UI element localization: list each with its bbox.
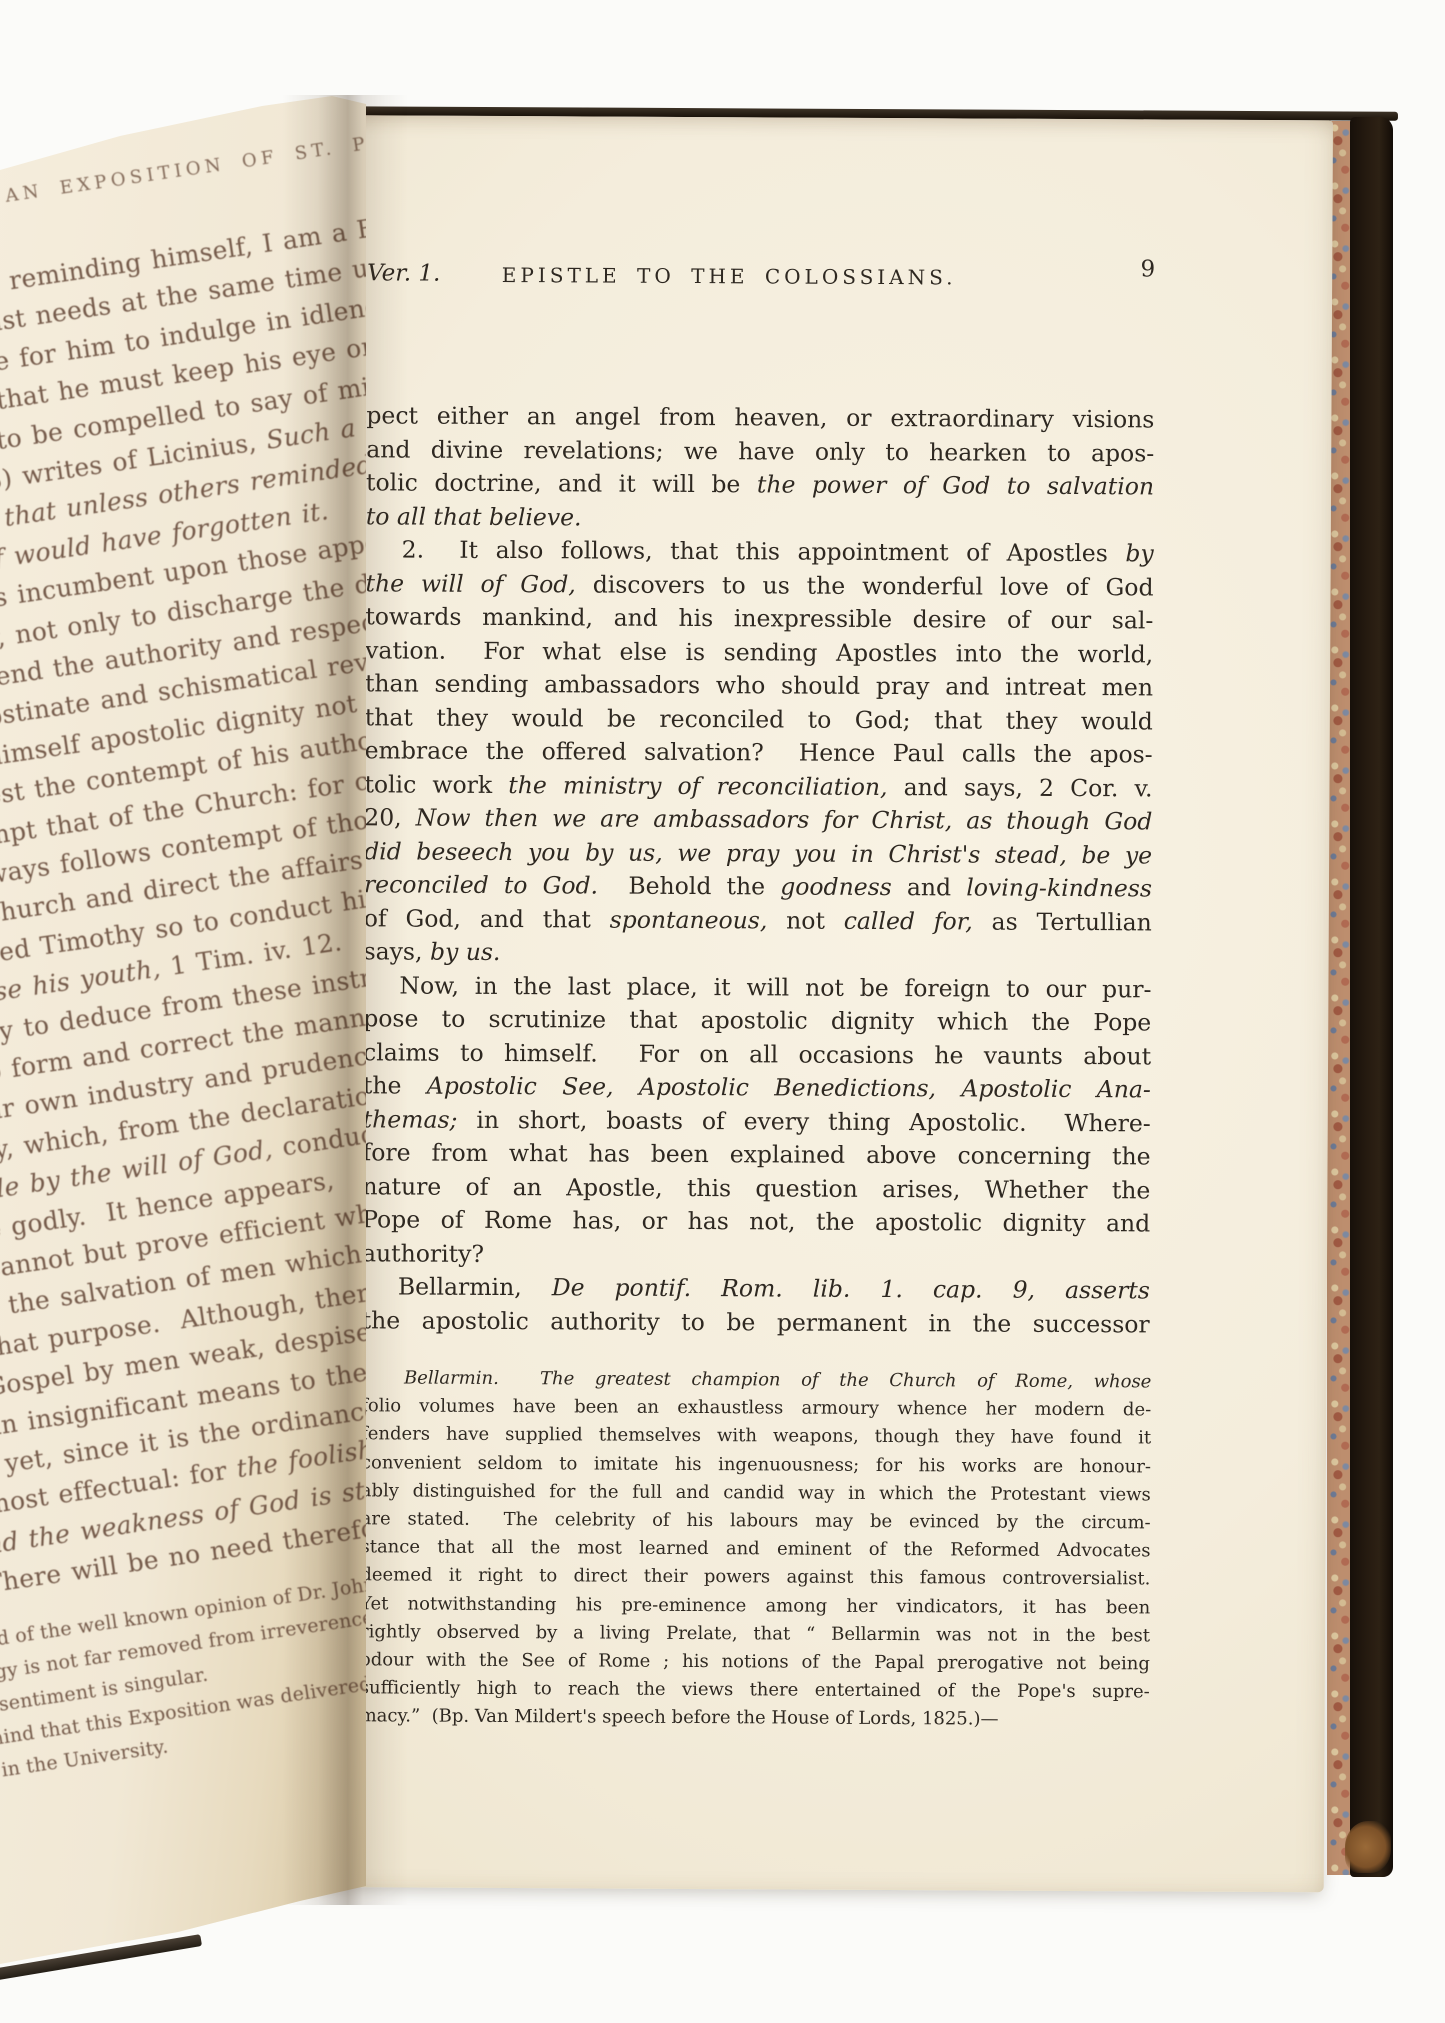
text-line: to all that believe. <box>366 500 1154 538</box>
text-line: the will of God, discovers to us the won… <box>365 567 1153 605</box>
text-line: claims to himself. For on all occasions … <box>363 1036 1151 1074</box>
text-line: towards mankind, and his inexpressible d… <box>365 600 1153 638</box>
text-line: Bellarmin. The greatest champion of the … <box>361 1364 1151 1396</box>
left-page-text: AN EXPOSITION OF ST. PAUL'S s reminding … <box>0 0 366 2023</box>
text-line: the Apostolic See, Apostolic Benediction… <box>363 1069 1151 1107</box>
text-line: odour with the See of Rome ; his notions… <box>360 1646 1150 1678</box>
text-line: authority? <box>362 1237 1150 1275</box>
text-line: stance that all the most learned and emi… <box>360 1533 1150 1565</box>
text-line: ably distinguished for the full and cand… <box>361 1477 1151 1509</box>
text-line: sufficiently high to reach the views the… <box>360 1675 1150 1707</box>
right-page-footnote: Bellarmin. The greatest champion of the … <box>360 1364 1152 1735</box>
text-line: of God, and that spontaneous, not called… <box>364 902 1152 940</box>
text-line: fenders have supplied themselves with we… <box>361 1421 1151 1453</box>
text-line: folio volumes have been an exhaustless a… <box>361 1392 1151 1424</box>
text-line: Now, in the last place, it will not be f… <box>363 969 1151 1007</box>
text-line: tolic work the ministry of reconciliatio… <box>364 768 1152 806</box>
text-line: 2. It also follows, that this appointmen… <box>366 533 1154 571</box>
text-line: macy.” (Bp. Van Mildert's speech before … <box>360 1703 1150 1735</box>
text-line: tolic doctrine, and it will be the power… <box>366 466 1154 504</box>
page-number: 9 <box>1140 256 1155 282</box>
text-line: reconciled to God. Behold the goodness a… <box>364 868 1152 906</box>
text-line: and divine revelations; we have only to … <box>366 433 1154 471</box>
book-photograph: Ver. 1. EPISTLE TO THE COLOSSIANS. 9 pec… <box>0 0 1445 2023</box>
book-cover-spine-edge <box>1350 117 1393 1877</box>
text-line: are stated. The celebrity of his labours… <box>361 1505 1151 1537</box>
text-line: convenient seldom to imitate his ingenuo… <box>361 1449 1151 1481</box>
right-page-header: Ver. 1. EPISTLE TO THE COLOSSIANS. 9 <box>367 258 1155 298</box>
text-line: mind that this Exposition was delivered … <box>0 1666 419 1751</box>
text-line: vation. For what else is sending Apostle… <box>365 634 1153 672</box>
text-line: 20, Now then we are ambassadors for Chri… <box>364 801 1152 839</box>
text-line: nature of an Apostle, this question aris… <box>362 1170 1150 1208</box>
text-line: Yet notwithstanding his pre-eminence amo… <box>360 1590 1150 1622</box>
text-line: themas; in short, boasts of every thing … <box>363 1103 1151 1141</box>
text-line: fore from what has been explained above … <box>362 1136 1150 1174</box>
text-line: than sending ambassadors who should pray… <box>365 667 1153 705</box>
text-line: that they would be reconciled to God; th… <box>365 701 1153 739</box>
right-page-body-text: pect either an angel from heaven, or ext… <box>362 399 1155 1341</box>
text-line: Pope of Rome has, or has not, the aposto… <box>362 1203 1150 1241</box>
text-line: did beseech you by us, we pray you in Ch… <box>364 835 1152 873</box>
text-line: embrace the offered salvation? Hence Pau… <box>365 734 1153 772</box>
right-page: Ver. 1. EPISTLE TO THE COLOSSIANS. 9 pec… <box>303 115 1333 1892</box>
left-page: AN EXPOSITION OF ST. PAUL'S s reminding … <box>0 0 366 2023</box>
text-line: deemed it right to direct their powers a… <box>360 1562 1150 1594</box>
running-title: EPISTLE TO THE COLOSSIANS. <box>335 262 1123 290</box>
text-line: rightly observed by a living Prelate, th… <box>360 1618 1150 1650</box>
leather-wear-chip <box>1345 1821 1391 1873</box>
text-line: says, by us. <box>364 935 1152 973</box>
text-line: Bellarmin, De pontif. Rom. lib. 1. cap. … <box>362 1270 1150 1308</box>
text-line: pect either an angel from heaven, or ext… <box>366 399 1154 437</box>
text-line: the apostolic authority to be permanent … <box>362 1304 1150 1342</box>
text-line: pose to scrutinize that apostolic dignit… <box>363 1002 1151 1040</box>
